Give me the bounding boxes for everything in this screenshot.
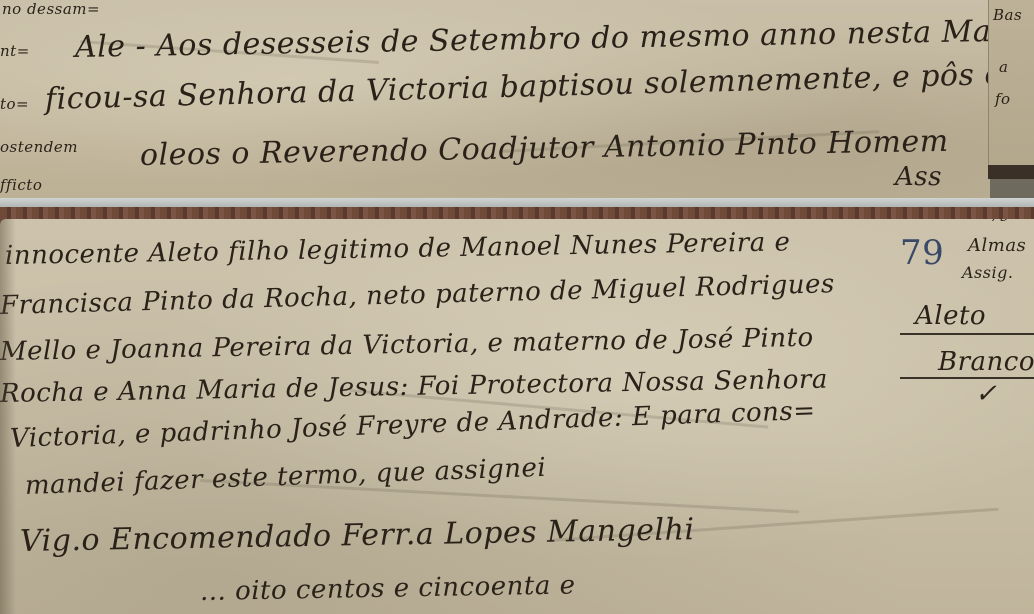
check-mark-icon: ✓ [975,379,997,409]
margin-fragment: to= [0,95,29,113]
corner-page-number: 79 [990,219,1010,225]
record-line-1: Ale - Aos desesseis de Setembro do mesmo… [75,13,990,65]
margin-fragment: nt= [0,42,30,60]
margin-rule [900,377,1034,379]
record-line-next-entry: ... oito centos e cincoenta e [200,570,576,607]
page-edge-shadow [0,219,16,614]
binding-shadow [988,165,1034,179]
right-fragment: fo [995,90,1011,108]
record-line-3: oleos o Reverendo Coadjutor Antonio Pint… [140,124,949,173]
record-line-2: ficou-sa Senhora da Victoria baptisou so… [45,57,990,117]
pencil-page-number: 79 [900,233,944,273]
record-line-4: innocente Aleto filho legitimo de Manoel… [5,227,791,271]
margin-header-sub: Assig. [962,263,1013,282]
signature-line: Vig.o Encomendado Ferr.a Lopes Mangelhi [20,512,695,559]
margin-rule [900,333,1034,335]
margin-fragment: no dessam= [2,0,100,18]
margin-fragment: ostendem [0,138,78,156]
record-trailing-word: Ass [895,162,942,192]
right-fragment: Bas [993,6,1022,24]
margin-child-name: Aleto [915,301,986,331]
bottom-paper-strip: innocente Aleto filho legitimo de Manoel… [0,219,1034,614]
margin-header: Almas [968,235,1026,256]
margin-status: Brancos [938,347,1034,377]
right-fragment: a [999,58,1008,76]
margin-fragment: fficto [0,176,42,194]
record-line-6: Mello e Joanna Pereira da Victoria, e ma… [0,323,814,367]
record-line-5: Francisca Pinto da Rocha, neto paterno d… [0,269,835,321]
top-right-paper-fragment: Bas a fo [988,0,1034,170]
top-paper-strip: no dessam= nt= to= ostendem fficto Ale -… [0,0,990,206]
